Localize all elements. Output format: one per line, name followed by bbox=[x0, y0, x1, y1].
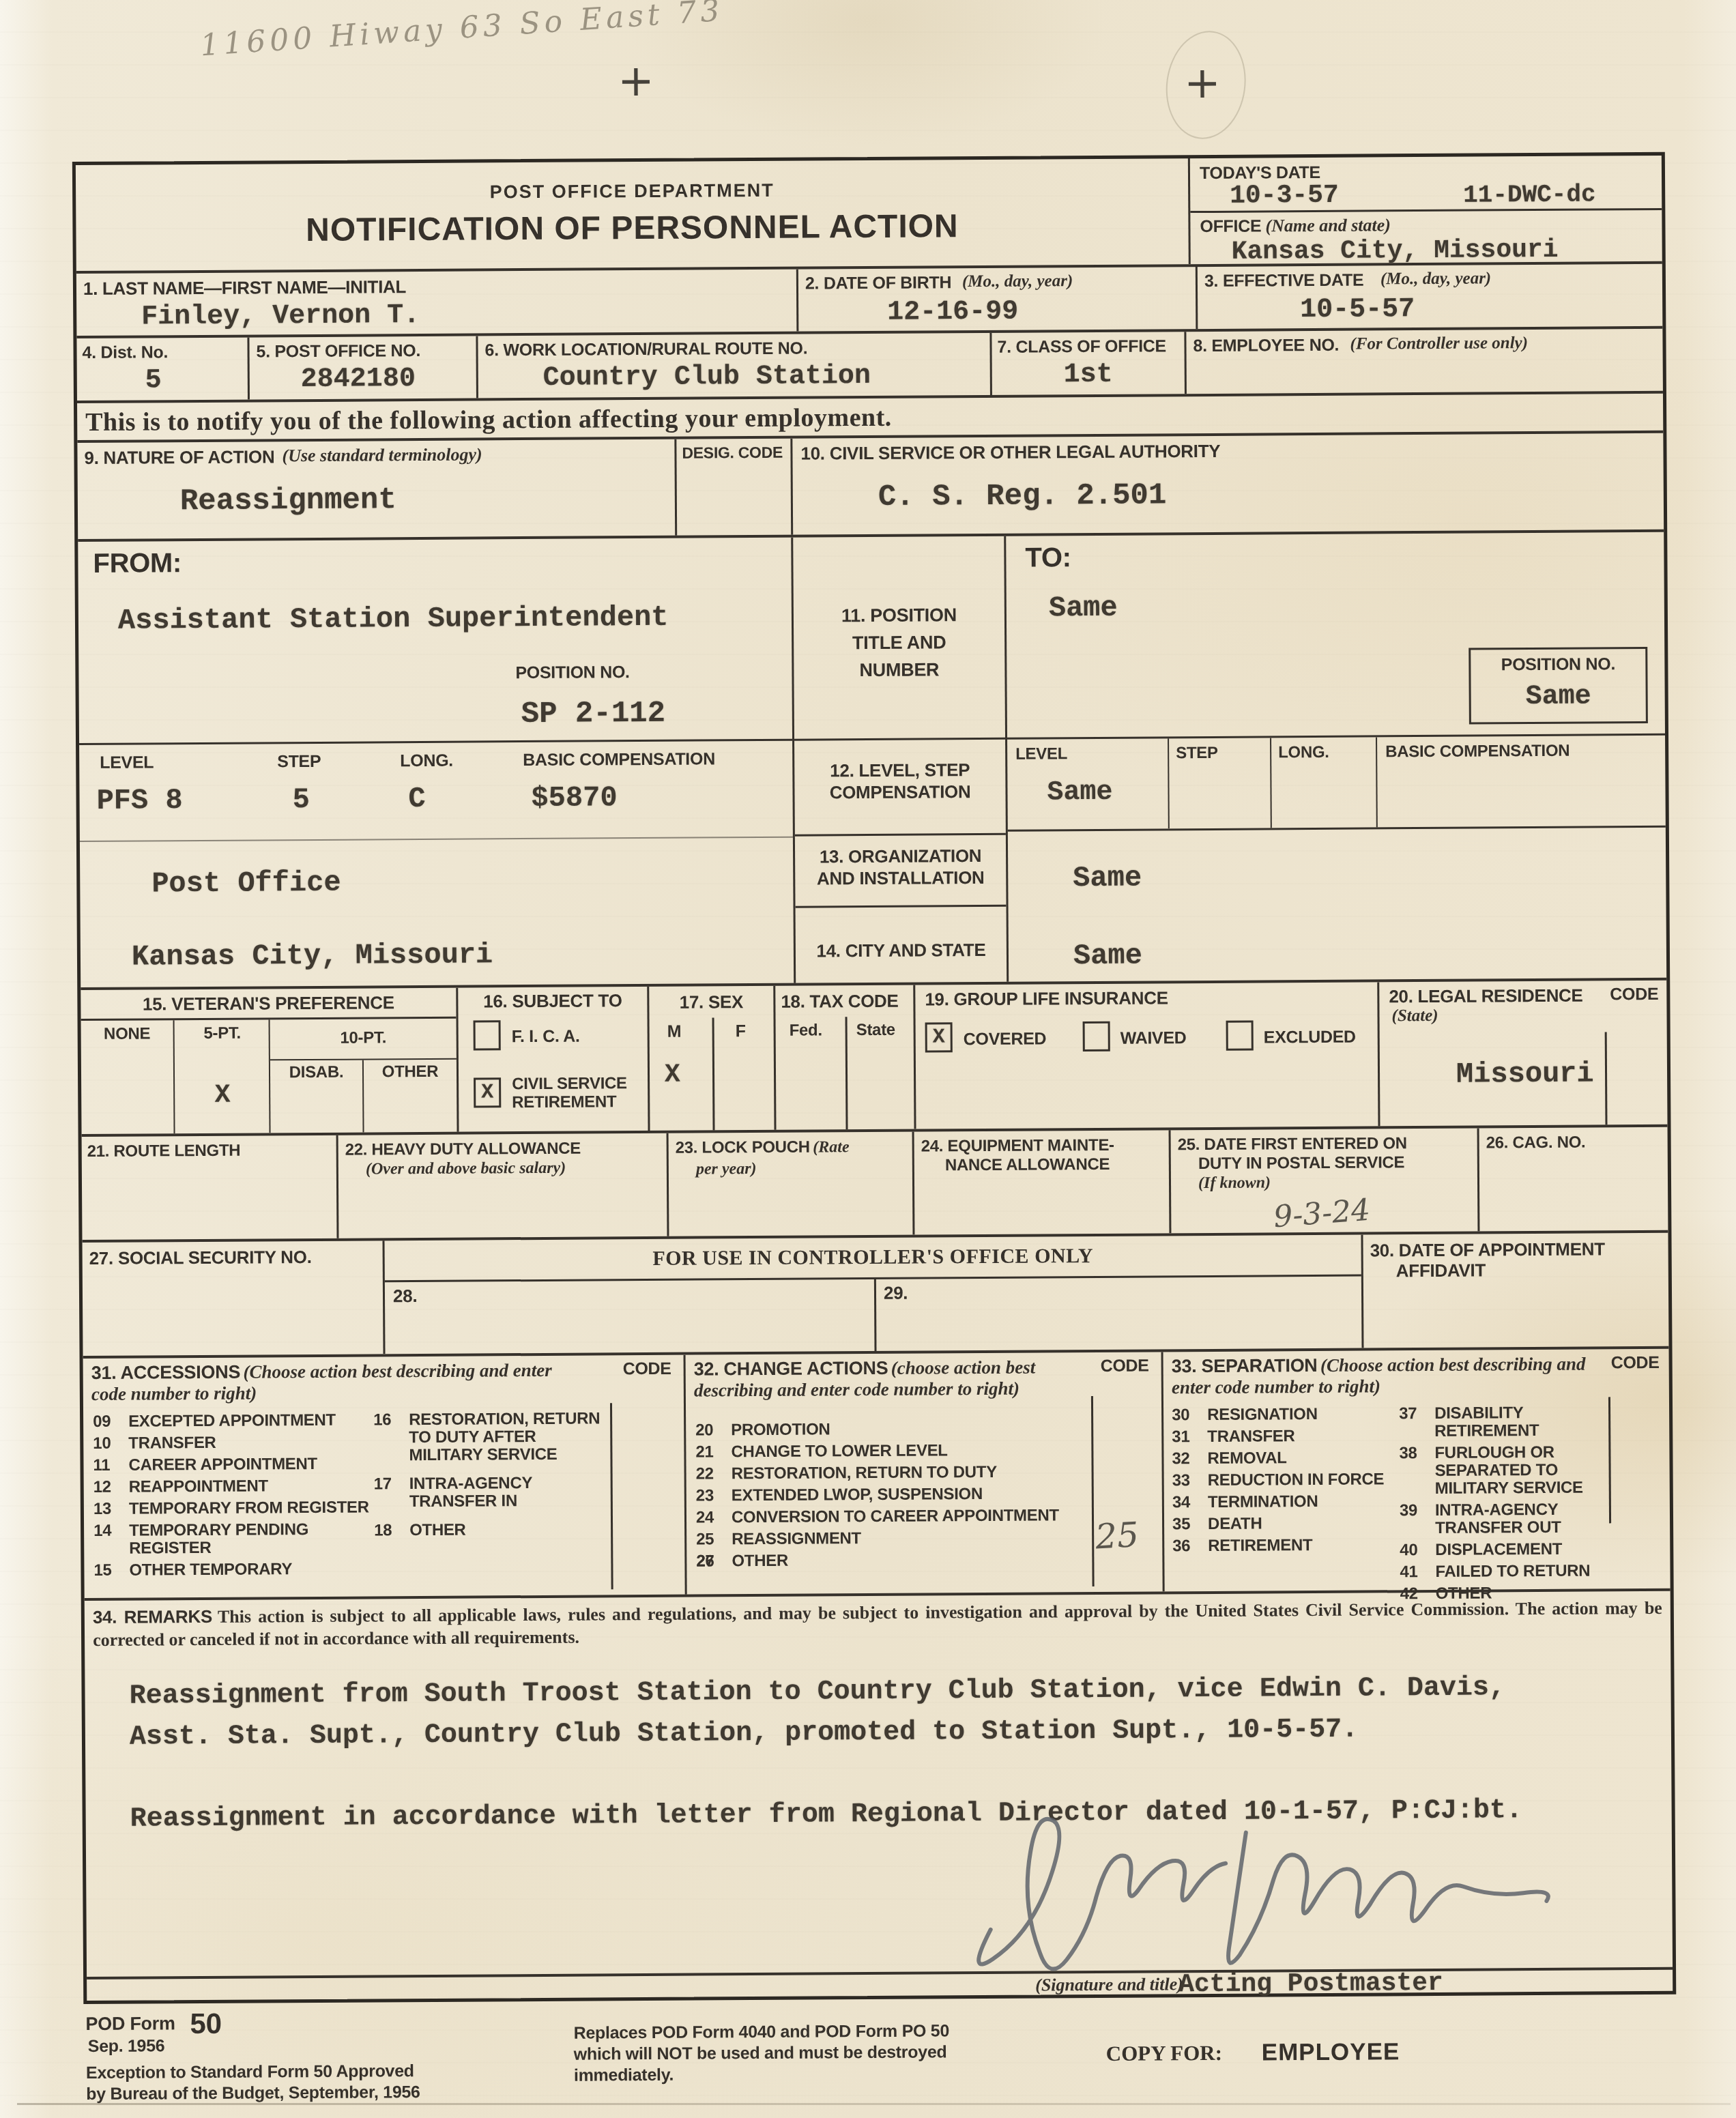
tax-state-label: State bbox=[856, 1021, 895, 1040]
from-basic-value: $5870 bbox=[531, 781, 617, 815]
section-separation: 33. SEPARATION (Choose action best descr… bbox=[1161, 1349, 1670, 1592]
subject-to-label: 16. SUBJECT TO bbox=[458, 990, 647, 1013]
row-district-office: 4. Dist. No. 5 5. POST OFFICE NO. 284218… bbox=[76, 326, 1663, 401]
cag-no-label: 26. CAG. NO. bbox=[1486, 1133, 1586, 1153]
section-social-security: 27. SOCIAL SECURITY NO. bbox=[83, 1241, 384, 1356]
row-remarks: 34. REMARKS This action is subject to al… bbox=[85, 1588, 1673, 1977]
waived-checkbox bbox=[1083, 1021, 1110, 1051]
date-first-entered-label: 25. DATE FIRST ENTERED ON bbox=[1178, 1134, 1407, 1155]
separation-label: 33. SEPARATION bbox=[1172, 1355, 1318, 1376]
row-name-dob-effective: 1. LAST NAME—FIRST NAME—INITIAL Finley, … bbox=[76, 261, 1663, 336]
footer-replaces-note: Replaces POD Form 4040 and POD Form PO 5… bbox=[574, 2020, 950, 2086]
personnel-action-form: POST OFFICE DEPARTMENT NOTIFICATION OF P… bbox=[72, 152, 1676, 2004]
from-long-value: C bbox=[408, 783, 426, 815]
scanned-document-page: 11600 Hiway 63 So East 73 + + POST OFFIC… bbox=[0, 0, 1736, 2118]
section-group-life-insurance: 19. GROUP LIFE INSURANCE X COVERED WAIVE… bbox=[913, 982, 1378, 1129]
legal-residence-hint: (State) bbox=[1391, 1006, 1438, 1026]
dist-no-value: 5 bbox=[145, 365, 162, 396]
nature-of-action-label: 9. NATURE OF ACTION bbox=[84, 446, 274, 469]
last-name-label: 1. LAST NAME—FIRST NAME—INITIAL bbox=[83, 276, 406, 300]
level-label: LEVEL bbox=[100, 753, 154, 772]
basic-compensation-label: BASIC COMPENSATION bbox=[523, 749, 715, 770]
work-location-label: 6. WORK LOCATION/RURAL ROUTE NO. bbox=[484, 339, 807, 361]
header-right-cell: TODAY'S DATE 10-3-57 11-DWC-dc OFFICE (N… bbox=[1188, 156, 1662, 264]
fica-label: F. I. C. A. bbox=[512, 1027, 580, 1047]
section-accessions: 31. ACCESSIONS (Choose action best descr… bbox=[83, 1355, 685, 1598]
todays-date-code: 11-DWC-dc bbox=[1463, 180, 1596, 209]
to-long-cell: LONG. bbox=[1270, 737, 1378, 828]
footer-copy-for-label: COPY FOR: bbox=[1106, 2041, 1222, 2066]
sex-m-label: M bbox=[667, 1022, 682, 1042]
scan-content: 11600 Hiway 63 So East 73 + + POST OFFIC… bbox=[0, 0, 1736, 2118]
basic-compensation-label: BASIC COMPENSATION bbox=[1385, 742, 1569, 762]
section-veterans-preference: 15. VETERAN'S PREFERENCE NONE 5-PT. X 10… bbox=[81, 988, 457, 1134]
legal-residence-value: Missouri bbox=[1456, 1058, 1594, 1091]
position-title-number-label: 11. POSITION TITLE AND NUMBER bbox=[794, 601, 1005, 684]
csr-checkbox-mark: X bbox=[481, 1081, 493, 1104]
section-lock-pouch: 23. LOCK POUCH (Rate per year) bbox=[667, 1132, 913, 1236]
effective-date-value: 10-5-57 bbox=[1300, 294, 1415, 325]
accessions-label: 31. ACCESSIONS bbox=[91, 1362, 241, 1383]
section-tax-code: 18. TAX CODE Fed. State bbox=[773, 985, 914, 1130]
appointment-affidavit-label: 30. DATE OF APPOINTMENT bbox=[1370, 1238, 1605, 1260]
section-change-actions: 32. CHANGE ACTIONS (choose action best d… bbox=[684, 1352, 1163, 1594]
from-city-state-value: Kansas City, Missouri bbox=[132, 938, 493, 973]
change-actions-label: 32. CHANGE ACTIONS bbox=[694, 1358, 888, 1380]
pencil-annotation: 11600 Hiway 63 So East 73 bbox=[199, 0, 725, 63]
excluded-checkbox bbox=[1226, 1021, 1254, 1051]
work-location-value: Country Club Station bbox=[543, 361, 871, 394]
row-allowances: 21. ROUTE LENGTH 22. HEAVY DUTY ALLOWANC… bbox=[82, 1125, 1668, 1240]
section-legal-residence: 20. LEGAL RESIDENCE CODE (State) Missour… bbox=[1377, 981, 1667, 1127]
to-level-cell: LEVEL Same bbox=[1007, 738, 1168, 829]
registration-cross-icon: + bbox=[1184, 58, 1221, 108]
row-action-codes: 31. ACCESSIONS (Choose action best descr… bbox=[83, 1346, 1670, 1598]
section-date-first-entered: 25. DATE FIRST ENTERED ON DUTY IN POSTAL… bbox=[1169, 1129, 1478, 1234]
effective-date-label: 3. EFFECTIVE DATE bbox=[1204, 271, 1364, 291]
section-heavy-duty: 22. HEAVY DUTY ALLOWANCE (Over and above… bbox=[336, 1133, 667, 1238]
from-step-value: 5 bbox=[292, 783, 310, 816]
nature-of-action-value: Reassignment bbox=[180, 483, 396, 519]
row-controller: 27. SOCIAL SECURITY NO. FOR USE IN CONTR… bbox=[82, 1230, 1668, 1356]
lock-pouch-label: 23. LOCK POUCH bbox=[676, 1138, 810, 1157]
form-header-row: POST OFFICE DEPARTMENT NOTIFICATION OF P… bbox=[76, 156, 1662, 271]
legal-residence-code-label: CODE bbox=[1610, 985, 1658, 1004]
date-first-entered-hint: (If known) bbox=[1198, 1172, 1407, 1193]
covered-checkbox-mark: X bbox=[933, 1026, 945, 1049]
employee-no-label: 8. EMPLOYEE NO. bbox=[1193, 336, 1339, 356]
section-controller-use: FOR USE IN CONTROLLER'S OFFICE ONLY 28. … bbox=[383, 1235, 1362, 1354]
sex-f-label: F bbox=[736, 1021, 746, 1041]
to-basic-cell: BASIC COMPENSATION bbox=[1376, 736, 1666, 828]
todays-date-cell: TODAY'S DATE 10-3-57 11-DWC-dc bbox=[1190, 156, 1662, 211]
to-position-no-label: POSITION NO. bbox=[1471, 654, 1645, 676]
dob-hint: (Mo., day, year) bbox=[962, 272, 1073, 291]
tax-fed-label: Fed. bbox=[790, 1021, 822, 1040]
accessions-code-label: CODE bbox=[623, 1359, 671, 1379]
equipment-maintenance-label: 24. EQUIPMENT MAINTE- bbox=[921, 1136, 1114, 1157]
long-label: LONG. bbox=[400, 751, 453, 771]
from-position-title: Assistant Station Superintendent bbox=[118, 601, 669, 637]
field-post-office-no: 5. POST OFFICE NO. 2842180 bbox=[247, 336, 476, 399]
civil-service-retirement-checkbox: X bbox=[474, 1077, 501, 1107]
change-actions-code-label: CODE bbox=[1101, 1356, 1149, 1376]
field-last-name: 1. LAST NAME—FIRST NAME—INITIAL Finley, … bbox=[76, 270, 797, 336]
to-organization-value: Same bbox=[1073, 862, 1142, 895]
row-preferences: 15. VETERAN'S PREFERENCE NONE 5-PT. X 10… bbox=[81, 978, 1667, 1134]
veterans-preference-label: 15. VETERAN'S PREFERENCE bbox=[81, 992, 456, 1015]
from-column: FROM: Assistant Station Superintendent P… bbox=[78, 538, 794, 987]
organization-installation-label: 13. ORGANIZATION AND INSTALLATION bbox=[795, 833, 1007, 908]
to-step-cell: STEP bbox=[1168, 738, 1272, 828]
covered-label: COVERED bbox=[964, 1029, 1047, 1049]
remarks-label: 34. REMARKS bbox=[93, 1606, 212, 1627]
group-life-label: 19. GROUP LIFE INSURANCE bbox=[925, 987, 1168, 1010]
row-nature-of-action: 9. NATURE OF ACTION (Use standard termin… bbox=[77, 431, 1664, 539]
separation-list-col1: 30RESIGNATION 31TRANSFER 32REMOVAL 33RED… bbox=[1172, 1405, 1391, 1559]
to-city-state-value: Same bbox=[1073, 940, 1142, 973]
dob-value: 12-16-99 bbox=[887, 297, 1018, 328]
office-label-hint: (Name and state) bbox=[1265, 215, 1391, 236]
to-column: TO: Same POSITION NO. Same LEVEL Same ST… bbox=[1006, 532, 1666, 982]
footer-form-name: POD Form bbox=[85, 2013, 175, 2035]
heavy-duty-label: 22. HEAVY DUTY ALLOWANCE bbox=[345, 1140, 581, 1160]
from-level-row: LEVEL STEP LONG. BASIC COMPENSATION PFS … bbox=[79, 739, 793, 842]
accessions-list-col2: 16RESTORATION, RETURN TO DUTY AFTER MILI… bbox=[373, 1410, 603, 1543]
vp-5pt-mark: X bbox=[175, 1080, 270, 1110]
long-label: LONG. bbox=[1278, 743, 1329, 762]
lock-pouch-hint: per year) bbox=[696, 1159, 850, 1178]
waived-label: WAIVED bbox=[1120, 1028, 1187, 1049]
from-to-section: FROM: Assistant Station Superintendent P… bbox=[78, 529, 1666, 987]
footer-exception-note: Exception to Standard Form 50 Approved b… bbox=[86, 2061, 420, 2105]
vp-other-cell: OTHER bbox=[362, 1060, 457, 1133]
signature-title-value: Acting Postmaster bbox=[1178, 1969, 1443, 1999]
section-cag-no: 26. CAG. NO. bbox=[1477, 1127, 1668, 1232]
vp-disab-cell: DISAB. bbox=[270, 1060, 363, 1133]
office-cell: OFFICE (Name and state) Kansas City, Mis… bbox=[1190, 208, 1662, 266]
vp-5pt-cell: 5-PT. X bbox=[173, 1019, 271, 1133]
fica-checkbox bbox=[474, 1020, 501, 1050]
field-desig-code: DESIG. CODE bbox=[674, 439, 791, 536]
date-first-entered-value: 9-3-24 bbox=[1273, 1193, 1372, 1235]
dob-label: 2. DATE OF BIRTH bbox=[805, 273, 951, 293]
to-position-no-box: POSITION NO. Same bbox=[1469, 647, 1648, 725]
form-title: NOTIFICATION OF PERSONNEL ACTION bbox=[76, 206, 1188, 250]
field-class-of-office: 7. CLASS OF OFFICE 1st bbox=[989, 332, 1185, 395]
from-level-value: PFS 8 bbox=[96, 784, 182, 817]
todays-date-value: 10-3-57 bbox=[1230, 181, 1339, 211]
employee-no-hint: (For Controller use only) bbox=[1350, 334, 1528, 354]
dist-no-label: 4. Dist. No. bbox=[82, 343, 168, 363]
post-office-no-value: 2842180 bbox=[301, 364, 416, 395]
section-equipment-maintenance: 24. EQUIPMENT MAINTE- NANCE ALLOWANCE bbox=[912, 1130, 1170, 1234]
signature-ink bbox=[953, 1793, 1630, 1994]
remarks-typed-line-1: Reassignment from South Troost Station t… bbox=[129, 1672, 1505, 1711]
social-security-label: 27. SOCIAL SECURITY NO. bbox=[89, 1247, 312, 1269]
last-name-value: Finley, Vernon T. bbox=[141, 300, 420, 332]
from-label: FROM: bbox=[93, 548, 182, 579]
to-level-value: Same bbox=[1047, 777, 1112, 809]
footer-form-date: Sep. 1956 bbox=[88, 2036, 165, 2057]
route-length-label: 21. ROUTE LENGTH bbox=[87, 1142, 241, 1161]
change-actions-list: 20PROMOTION 21CHANGE TO LOWER LEVEL 22RE… bbox=[695, 1419, 1068, 1574]
vp-none-cell: NONE bbox=[81, 1020, 174, 1134]
field-effective-date: 3. EFFECTIVE DATE (Mo., day, year) 10-5-… bbox=[1196, 264, 1663, 329]
tax-code-label: 18. TAX CODE bbox=[781, 991, 898, 1013]
field-employee-no: 8. EMPLOYEE NO. (For Controller use only… bbox=[1184, 329, 1663, 394]
field-28-label: 28. bbox=[393, 1286, 417, 1307]
to-level-row: LEVEL Same STEP LONG. BASIC COMPENSATION bbox=[1007, 734, 1666, 832]
field-dist-no: 4. Dist. No. 5 bbox=[76, 338, 248, 401]
field-nature-of-action: 9. NATURE OF ACTION (Use standard termin… bbox=[77, 439, 675, 539]
vp-10pt-cell: 10-PT. DISAB. OTHER bbox=[269, 1019, 457, 1133]
sex-label: 17. SEX bbox=[649, 991, 773, 1013]
from-position-no-value: SP 2-112 bbox=[521, 697, 666, 731]
step-label: STEP bbox=[277, 752, 321, 772]
remarks-typed-line-2: Asst. Sta. Supt., Country Club Station, … bbox=[130, 1715, 1359, 1753]
sex-m-mark: X bbox=[665, 1060, 680, 1090]
accessions-list-col1: 09EXCEPTED APPOINTMENT 10TRANSFER 11CARE… bbox=[93, 1411, 371, 1583]
heavy-duty-hint: (Over and above basic salary) bbox=[366, 1159, 581, 1179]
footer-copy-for-value: EMPLOYEE bbox=[1262, 2038, 1400, 2066]
from-position-no-label: POSITION NO. bbox=[515, 663, 629, 683]
remarks-legal-text: This action is subject to all applicable… bbox=[93, 1598, 1662, 1650]
step-label: STEP bbox=[1176, 744, 1218, 763]
desig-code-label: DESIG. CODE bbox=[682, 444, 783, 463]
section-appointment-affidavit: 30. DATE OF APPOINTMENT AFFIDAVIT bbox=[1361, 1233, 1668, 1348]
field-legal-authority: 10. CIVIL SERVICE OR OTHER LEGAL AUTHORI… bbox=[790, 433, 1664, 535]
office-label: OFFICE bbox=[1200, 216, 1261, 237]
nature-of-action-hint: (Use standard terminology) bbox=[282, 444, 482, 466]
from-organization-value: Post Office bbox=[151, 867, 341, 901]
separation-list-col2: 37DISABILITY RETIREMENT 38FURLOUGH OR SE… bbox=[1399, 1404, 1605, 1607]
change-actions-code-value: 25 bbox=[1095, 1515, 1140, 1557]
legal-residence-label: 20. LEGAL RESIDENCE bbox=[1389, 985, 1582, 1008]
form-title-cell: POST OFFICE DEPARTMENT NOTIFICATION OF P… bbox=[76, 158, 1189, 271]
section-route-length: 21. ROUTE LENGTH bbox=[82, 1135, 337, 1240]
effective-date-hint: (Mo., day, year) bbox=[1380, 269, 1491, 289]
notice-text: This is to notify you of the following a… bbox=[85, 403, 892, 437]
controller-use-title: FOR USE IN CONTROLLER'S OFFICE ONLY bbox=[385, 1243, 1361, 1273]
legal-authority-value: C. S. Reg. 2.501 bbox=[878, 478, 1167, 514]
excluded-label: EXCLUDED bbox=[1264, 1028, 1356, 1048]
section-sex: 17. SEX M F X bbox=[647, 986, 774, 1131]
level-step-compensation-label: 12. LEVEL, STEP COMPENSATION bbox=[794, 738, 1006, 837]
csr-label: CIVIL SERVICE bbox=[512, 1074, 627, 1093]
field-date-of-birth: 2. DATE OF BIRTH (Mo., day, year) 12-16-… bbox=[796, 267, 1196, 332]
field-work-location: 6. WORK LOCATION/RURAL ROUTE NO. Country… bbox=[476, 333, 990, 398]
legal-authority-label: 10. CIVIL SERVICE OR OTHER LEGAL AUTHORI… bbox=[800, 441, 1220, 465]
section-subject-to: 16. SUBJECT TO F. I. C. A. X CIVIL SERVI… bbox=[456, 987, 648, 1132]
city-and-state-label: 14. CITY AND STATE bbox=[796, 905, 1007, 983]
level-label: LEVEL bbox=[1015, 744, 1067, 764]
to-label: TO: bbox=[1025, 542, 1071, 573]
post-office-no-label: 5. POST OFFICE NO. bbox=[256, 341, 420, 362]
to-position-title: Same bbox=[1049, 592, 1118, 625]
separation-code-label: CODE bbox=[1611, 1353, 1660, 1373]
to-position-no-value: Same bbox=[1471, 681, 1646, 713]
middle-label-column: 11. POSITION TITLE AND NUMBER 12. LEVEL,… bbox=[791, 536, 1009, 983]
field-29-label: 29. bbox=[884, 1283, 908, 1304]
class-of-office-value: 1st bbox=[1064, 360, 1113, 390]
covered-checkbox: X bbox=[925, 1022, 953, 1052]
class-of-office-label: 7. CLASS OF OFFICE bbox=[997, 336, 1166, 358]
department-name: POST OFFICE DEPARTMENT bbox=[76, 177, 1188, 205]
registration-cross-icon: + bbox=[618, 56, 654, 106]
footer-form-number: 50 bbox=[190, 2007, 221, 2040]
paper-bottom-edge bbox=[17, 2103, 1731, 2105]
